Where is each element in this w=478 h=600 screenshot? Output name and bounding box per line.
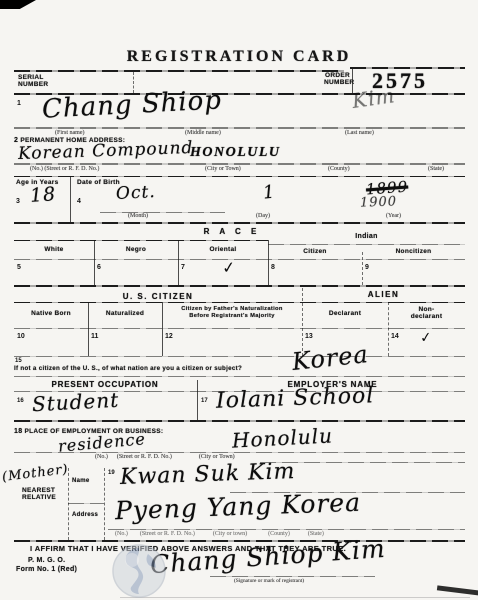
rule (14, 240, 268, 241)
first-name-sublabel: (First name) (55, 130, 85, 136)
indian-group-label: Indian (268, 233, 465, 240)
form-number-label: Form No. 1 (Red) (16, 566, 77, 573)
citizen-box-11-number: 11 (91, 333, 98, 340)
rule (108, 529, 465, 530)
non-declarant-line2: declarant (388, 313, 465, 320)
citizen-by-father-line1: Citizen by Father's Naturalization (162, 306, 302, 313)
rule (14, 452, 465, 453)
citizen-by-father-line2: Before Registrant's Majority (162, 313, 302, 320)
divider (178, 240, 179, 285)
rule (14, 540, 465, 542)
dob-label: Date of Birth (77, 179, 120, 186)
age-handwriting: 18 (29, 183, 57, 207)
race-box-5-number: 5 (17, 264, 21, 271)
birth-year-handwriting: 1900 (360, 194, 398, 210)
divider (94, 240, 95, 285)
registrant-name-handwriting: Chang Shiop (41, 85, 222, 124)
alien-header: ALIEN (302, 290, 465, 299)
rule (100, 212, 225, 213)
rule (14, 420, 465, 422)
rule (14, 356, 465, 357)
rule (14, 70, 344, 72)
divider (362, 252, 364, 285)
race-box-8-number: 8 (271, 264, 275, 271)
race-oriental-label: Oriental (178, 246, 268, 253)
nation-question-label: If not a citizen of the U. S., of what n… (14, 365, 289, 372)
divider (197, 380, 198, 420)
nearest-relative-label: NEAREST RELATIVE (22, 487, 56, 501)
field-number-4: 4 (77, 198, 81, 205)
birth-month-handwriting: Oct. (116, 182, 157, 204)
naturalized-label: Naturalized (88, 310, 162, 317)
rule (14, 302, 465, 303)
divider (70, 176, 71, 222)
serial-number-label: SERIAL NUMBER (18, 74, 48, 88)
rule (14, 259, 465, 260)
order-number-label: ORDER NUMBER (324, 72, 350, 86)
divider (104, 468, 106, 540)
employment-city-handwriting: Honolulu (231, 423, 333, 452)
relative-address-label: Address (72, 512, 98, 519)
divider (268, 240, 269, 285)
rule (14, 285, 465, 287)
relative-name-handwriting: Kwan Suk Kim (120, 459, 296, 490)
rule (14, 127, 465, 129)
relative-address-handwriting: Pyeng Yang Korea (115, 488, 362, 526)
employment-place-sublabels: (No.) (Street or R. F. D. No.) (City or … (95, 454, 235, 460)
registrant-lastname-handwriting: Kim (351, 83, 397, 113)
address-street-sublabel: (No.) (Street or R. F. D. No.) (30, 166, 99, 172)
race-white-label: White (14, 246, 94, 253)
field-number-19: 19 (108, 470, 115, 476)
relative-relationship-handwriting: (Mother) (1, 462, 69, 485)
citizen-by-father-label: Citizen by Father's Naturalization Befor… (162, 306, 302, 320)
field-number-3: 3 (16, 198, 20, 205)
rule (68, 503, 104, 504)
scan-bottom-line (120, 597, 470, 598)
divider (68, 468, 70, 540)
race-box-6-number: 6 (97, 264, 101, 271)
rule (14, 328, 465, 329)
race-box-7-number: 7 (181, 264, 185, 271)
address-city-sublabel: (City or Town) (205, 166, 241, 172)
field-number-17: 17 (201, 398, 208, 404)
non-declarant-checkmark: ✓ (419, 329, 432, 346)
registration-card-scan: REGISTRATION CARD SERIAL NUMBER ORDER NU… (0, 0, 478, 600)
middle-name-sublabel: (Middle name) (185, 130, 221, 136)
declarant-label: Declarant (302, 310, 388, 317)
month-sublabel: (Month) (128, 213, 148, 219)
relative-name-label: Name (72, 478, 90, 485)
card-title: REGISTRATION CARD (0, 48, 478, 66)
native-born-label: Native Born (14, 310, 88, 317)
rule (210, 576, 375, 577)
oriental-checkmark: ✓ (221, 257, 236, 277)
us-citizen-header: U. S. CITIZEN (14, 292, 302, 301)
globe-watermark-icon (112, 544, 166, 598)
scan-corner-artifact (0, 0, 36, 9)
rule (268, 244, 465, 245)
order-label-line2: NUMBER (324, 79, 350, 86)
divider (88, 302, 89, 356)
honolulu-stamp: HONOLULU (190, 145, 281, 161)
nearest-relative-line2: RELATIVE (22, 494, 56, 501)
alien-box-14-number: 14 (391, 333, 399, 340)
field-number-18: 18 (14, 428, 22, 435)
field-number-2: 2 (14, 137, 18, 144)
nearest-relative-line1: NEAREST (22, 487, 56, 494)
non-declarant-line1: Non- (388, 306, 465, 313)
field-number-15: 15 (15, 358, 22, 364)
serial-label-line2: NUMBER (18, 81, 48, 88)
address-state-sublabel: (State) (428, 166, 444, 172)
race-indian-noncitizen-label: Noncitizen (362, 248, 465, 255)
day-sublabel: (Day) (256, 213, 270, 219)
rule (14, 163, 465, 165)
field-number-1: 1 (17, 100, 21, 107)
divider (388, 302, 390, 356)
divider (162, 302, 163, 356)
scan-edge-artifact (437, 585, 478, 595)
employer-handwriting: Iolani School (216, 383, 375, 414)
race-box-9-number: 9 (365, 264, 369, 271)
rule (14, 222, 465, 224)
race-negro-label: Negro (94, 246, 178, 253)
rule (14, 176, 465, 177)
citizen-box-12-number: 12 (165, 333, 173, 340)
non-declarant-label: Non- declarant (388, 306, 465, 320)
pmgo-label: P. M. G. O. (28, 557, 65, 564)
birth-day-handwriting: 1 (262, 181, 277, 203)
relative-address-sublabels: (No.) (Street or R. F. D. No.) (City or … (115, 531, 324, 537)
citizen-box-10-number: 10 (17, 333, 25, 340)
signature-sublabel: (Signature or mark of registrant) (234, 578, 304, 584)
order-label-line1: ORDER (324, 72, 350, 79)
address-county-sublabel: (County) (328, 166, 350, 172)
serial-label-line1: SERIAL (18, 74, 48, 81)
alien-box-13-number: 13 (305, 333, 313, 340)
last-name-sublabel: (Last name) (345, 130, 374, 136)
occupation-handwriting: Student (31, 388, 119, 417)
rule (14, 376, 465, 377)
field-number-16: 16 (17, 398, 24, 404)
year-sublabel: (Year) (386, 213, 401, 219)
race-indian-citizen-label: Citizen (268, 248, 362, 255)
